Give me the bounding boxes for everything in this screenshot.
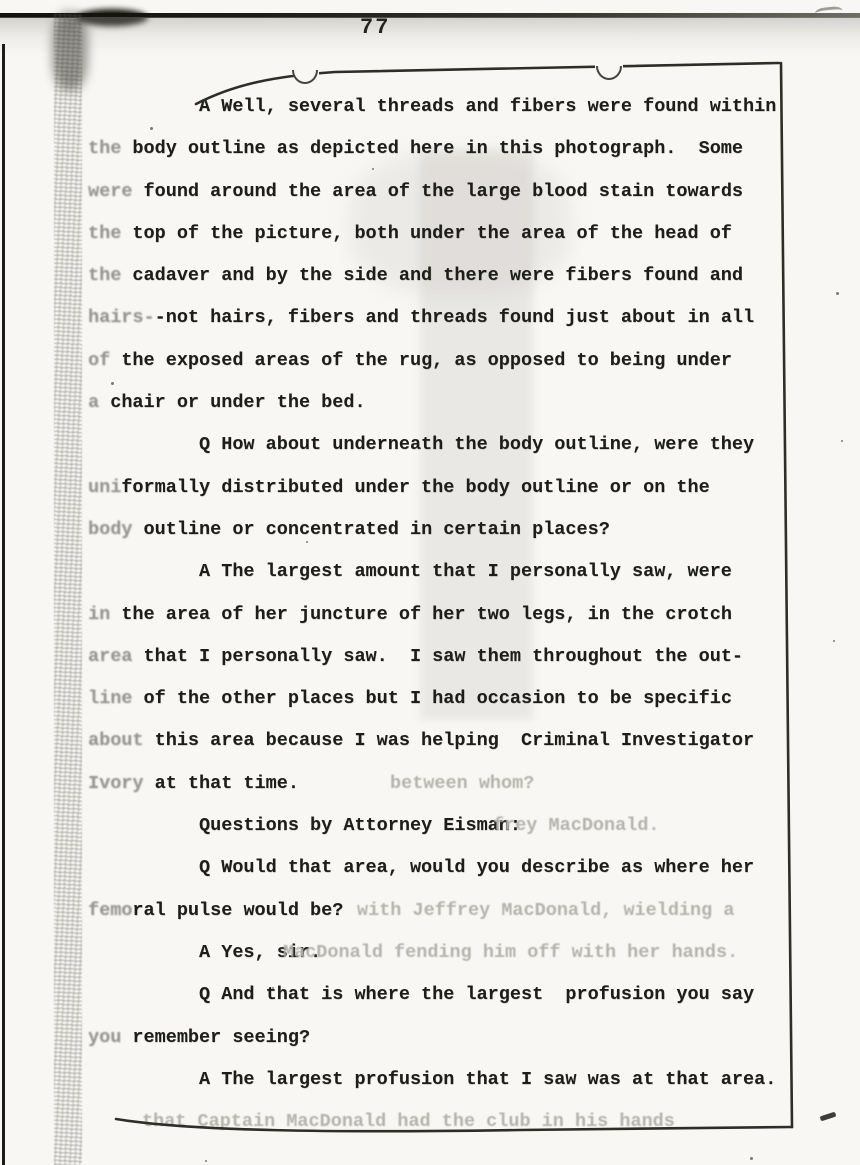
- line-text: A The largest amount that I personally s…: [88, 561, 732, 582]
- notch-gap-left: [291, 65, 319, 75]
- transcript-line: Q Would that area, would you describe as…: [88, 847, 848, 889]
- left-binding-smudge: [54, 14, 82, 1165]
- line-text: ral pulse would be?: [132, 900, 343, 921]
- transcript-line: the cadaver and by the side and there we…: [88, 255, 848, 297]
- transcript-line: line of the other places but I had occas…: [88, 678, 848, 720]
- ghost-bleedthrough-text: with Jeffrey MacDonald, wielding a: [357, 890, 734, 932]
- transcript-line: Ivory at that time.between whom?: [88, 763, 848, 805]
- transcript-line: the top of the picture, both under the a…: [88, 213, 848, 255]
- transcript-line: A Yes, sir.MacDonald fending him off wit…: [88, 932, 848, 974]
- line-text: the area of her juncture of her two legs…: [110, 604, 732, 625]
- line-text: Q How about underneath the body outline,…: [88, 434, 754, 455]
- faded-word: the: [88, 265, 121, 286]
- left-page-edge-line: [2, 44, 5, 1165]
- faded-word: area: [88, 646, 132, 667]
- punch-hole-notch-right: [597, 66, 621, 79]
- punch-hole-notch-left: [293, 70, 317, 83]
- faded-word: line: [88, 688, 132, 709]
- page-number: 77: [360, 15, 390, 40]
- line-text: Q Would that area, would you describe as…: [88, 857, 754, 878]
- faded-word: Ivory: [88, 773, 144, 794]
- faded-word: about: [88, 730, 144, 751]
- transcript: A Well, several threads and fibers were …: [88, 86, 848, 1143]
- transcript-line: Questions by Attorney Eisman:frey MacDon…: [88, 805, 848, 847]
- line-text: Questions by Attorney Eisman:: [88, 815, 521, 836]
- line-text: chair or under the bed.: [99, 392, 365, 413]
- line-text: of the other places but I had occasion t…: [132, 688, 732, 709]
- transcript-line: uniformally distributed under the body o…: [88, 467, 848, 509]
- line-text: at that time.: [144, 773, 299, 794]
- faded-word: a: [88, 392, 99, 413]
- transcript-line: Q And that is where the largest profusio…: [88, 974, 848, 1016]
- faded-word: femo: [88, 900, 132, 921]
- transcript-line: femoral pulse would be?with Jeffrey MacD…: [88, 890, 848, 932]
- transcript-line: body outline or concentrated in certain …: [88, 509, 848, 551]
- line-text: top of the picture, both under the area …: [121, 223, 732, 244]
- faded-word: of: [88, 350, 110, 371]
- ghost-bleedthrough-text: that Captain MacDonald had the club in h…: [142, 1101, 675, 1143]
- line-text: the exposed areas of the rug, as opposed…: [110, 350, 732, 371]
- line-text: A Well, several threads and fibers were …: [88, 96, 776, 117]
- transcript-line: that Captain MacDonald had the club in h…: [88, 1101, 848, 1143]
- faded-word: were: [88, 181, 132, 202]
- transcript-line: Q How about underneath the body outline,…: [88, 424, 848, 466]
- notch-gap-right: [595, 61, 623, 71]
- line-text: cadaver and by the side and there were f…: [121, 265, 743, 286]
- transcript-line: in the area of her juncture of her two l…: [88, 594, 848, 636]
- transcript-line: A The largest amount that I personally s…: [88, 551, 848, 593]
- faded-word: hairs-: [88, 307, 155, 328]
- transcript-line: area that I personally saw. I saw them t…: [88, 636, 848, 678]
- transcript-line: about this area because I was helping Cr…: [88, 720, 848, 762]
- line-text: formally distributed under the body outl…: [121, 477, 709, 498]
- left-binding-smudge-dark: [52, 12, 88, 90]
- line-text: found around the area of the large blood…: [132, 181, 743, 202]
- line-text: A The largest profusion that I saw was a…: [88, 1069, 776, 1090]
- noise-speck: [750, 1157, 753, 1160]
- faded-word: body: [88, 519, 132, 540]
- noise-speck: [205, 1160, 207, 1162]
- line-text: body outline as depicted here in this ph…: [121, 138, 743, 159]
- transcript-line: hairs--not hairs, fibers and threads fou…: [88, 297, 848, 339]
- transcript-line: A Well, several threads and fibers were …: [88, 86, 848, 128]
- line-text: that I personally saw. I saw them throug…: [132, 646, 743, 667]
- top-scan-shadow-band: [0, 17, 860, 52]
- line-text: remember seeing?: [121, 1027, 310, 1048]
- faded-word: the: [88, 223, 121, 244]
- line-text: outline or concentrated in certain place…: [132, 519, 609, 540]
- transcript-line: were found around the area of the large …: [88, 171, 848, 213]
- faded-word: the: [88, 138, 121, 159]
- line-text: Q And that is where the largest profusio…: [88, 984, 754, 1005]
- faded-word: you: [88, 1027, 121, 1048]
- ghost-bleedthrough-text: frey MacDonald.: [493, 805, 660, 847]
- faded-word: uni: [88, 477, 121, 498]
- transcript-line: a chair or under the bed.: [88, 382, 848, 424]
- faded-word: in: [88, 604, 110, 625]
- transcript-line: the body outline as depicted here in thi…: [88, 128, 848, 170]
- transcript-line: you remember seeing?: [88, 1017, 848, 1059]
- transcript-line: A The largest profusion that I saw was a…: [88, 1059, 848, 1101]
- line-text: -not hairs, fibers and threads found jus…: [155, 307, 755, 328]
- transcript-line: of the exposed areas of the rug, as oppo…: [88, 340, 848, 382]
- scanned-page: 77 A Well, several threads and fibers we…: [0, 0, 860, 1165]
- line-text: this area because I was helping Criminal…: [144, 730, 755, 751]
- ghost-bleedthrough-text: MacDonald fending him off with her hands…: [283, 932, 738, 974]
- ghost-bleedthrough-text: between whom?: [390, 763, 534, 805]
